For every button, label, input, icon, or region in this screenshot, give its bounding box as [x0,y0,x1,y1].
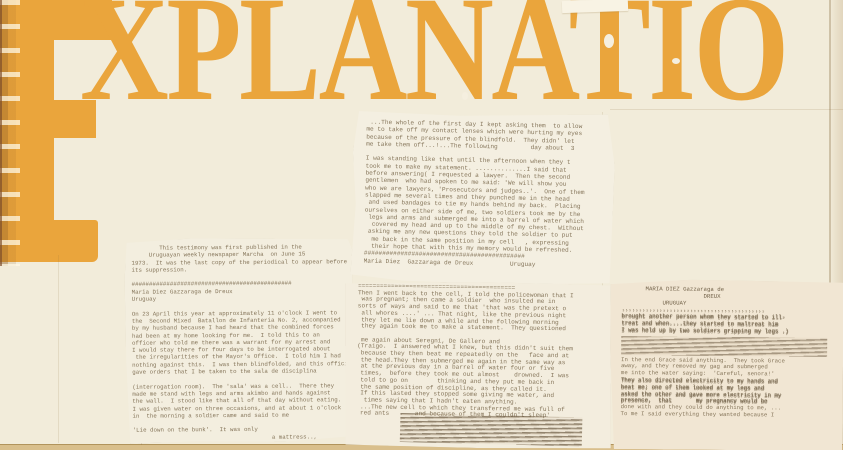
distress-speck [462,92,468,100]
poster-title: XPLANATIO [80,0,787,124]
testimony-text-left: This testimony was first published in th… [124,237,353,442]
testimony-sheet-middle-bottom: ========================================… [343,280,613,450]
tape-patch [562,0,628,13]
right-sheet-header: MARIA DIEZ Gazzaraga de DREUX URUGUAY [611,279,843,308]
testimony-text-middle-top: ...The whole of the first day I kept ask… [351,109,616,269]
worn-left-edge [0,0,20,266]
illegible-overtyped-block [400,413,583,446]
poster-canvas: E XPLANATIO This testimony was first pub… [0,0,843,450]
testimony-sheet-left: This testimony was first published in th… [124,237,353,444]
right-sheet-overtype-1: ........................................… [610,306,843,335]
distress-speck [604,34,614,48]
right-sheet-overtype-2: They also directed electricity to my han… [610,377,843,406]
fold-crease [58,255,59,443]
illegible-overtyped-band [621,336,827,357]
testimony-sheet-right: MARIA DIEZ Gazzaraga de DREUX URUGUAY ..… [609,279,843,450]
right-sheet-plain-2: done with and they could do anything to … [610,404,843,420]
testimony-sheet-middle-top: ...The whole of the first day I kept ask… [350,109,616,286]
testimony-text-middle-bottom: ========================================… [343,280,613,421]
fold-crease [610,109,843,110]
distress-speck [672,58,680,64]
